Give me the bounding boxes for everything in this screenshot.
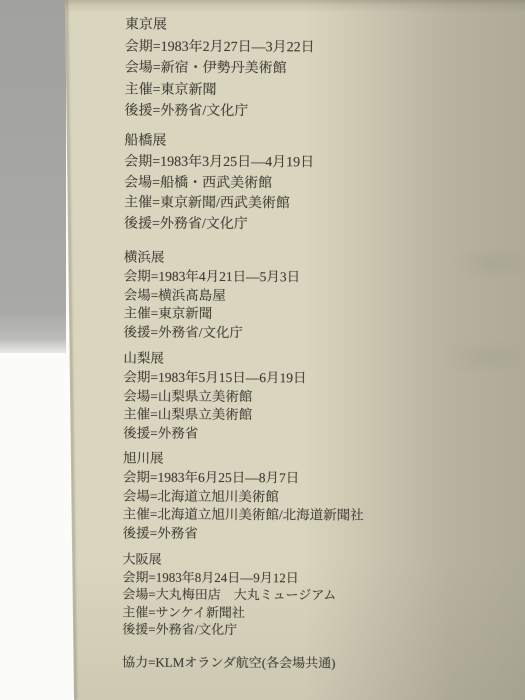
exhibition-period: 会期=1983年4月21日—5月3日 (124, 267, 300, 287)
exhibition-period: 会期=1983年2月27日—3月22日 (125, 36, 315, 58)
exhibition-title: 東京展 (125, 15, 315, 37)
exhibition-organizer: 主催=東京新聞 (124, 305, 300, 325)
exhibition-period: 会期=1983年5月15日—6月19日 (123, 368, 306, 388)
exhibition-title: 旭川展 (123, 450, 364, 470)
exhibition-section-tokyo: 東京展 会期=1983年2月27日—3月22日 会場=新宿・伊勢丹美術館 主催=… (124, 15, 314, 123)
exhibition-venue: 会場=新宿・伊勢丹美術館 (125, 58, 315, 80)
exhibition-section-asahikawa: 旭川展 会期=1983年6月25日—8月7日 会場=北海道立旭川美術館 主催=北… (123, 450, 364, 545)
exhibition-support: 後援=外務省/文化庁 (122, 621, 336, 639)
cooperation-credit: 協力=KLMオランダ航空(各会場共通) (122, 652, 335, 672)
exhibition-section-funabashi: 船橋展 会期=1983年3月25日—4月19日 会場=船橋・西武美術館 主催=東… (124, 132, 314, 237)
exhibition-organizer: 主催=サンケイ新聞社 (122, 603, 336, 621)
book-photo: 東京展 会期=1983年2月27日—3月22日 会場=新宿・伊勢丹美術館 主催=… (0, 0, 525, 700)
exhibition-section-yokohama: 横浜展 会期=1983年4月21日—5月3日 会場=横浜髙島屋 主催=東京新聞 … (124, 249, 301, 344)
exhibition-venue: 会場=北海道立旭川美術館 (123, 487, 364, 507)
exhibition-title: 船橋展 (124, 132, 314, 154)
exhibition-venue: 会場=大丸梅田店 大丸ミュージアム (122, 586, 336, 604)
exhibition-organizer: 主催=東京新聞 (125, 79, 315, 101)
exhibition-support: 後援=外務省/文化庁 (124, 215, 314, 237)
exhibition-support: 後援=外務省/文化庁 (124, 101, 314, 123)
exhibition-list: 東京展 会期=1983年2月27日—3月22日 会場=新宿・伊勢丹美術館 主催=… (0, 0, 525, 700)
exhibition-period: 会期=1983年8月24日—9月12日 (122, 568, 336, 586)
exhibition-section-yamanashi: 山梨展 会期=1983年5月15日—6月19日 会場=山梨県立美術館 主催=山梨… (123, 350, 307, 445)
exhibition-title: 大阪展 (123, 551, 337, 569)
exhibition-support: 後援=外務省 (123, 425, 306, 445)
exhibition-support: 後援=外務省/文化庁 (124, 324, 300, 344)
exhibition-period: 会期=1983年6月25日—8月7日 (123, 468, 364, 488)
exhibition-venue: 会場=横浜髙島屋 (124, 286, 300, 306)
exhibition-organizer: 主催=山梨県立美術館 (123, 406, 306, 426)
exhibition-venue: 会場=山梨県立美術館 (123, 387, 306, 407)
exhibition-title: 山梨展 (123, 350, 306, 370)
exhibition-section-osaka: 大阪展 会期=1983年8月24日—9月12日 会場=大丸梅田店 大丸ミュージア… (122, 551, 336, 639)
exhibition-organizer: 主催=東京新聞/西武美術館 (124, 194, 314, 216)
exhibition-period: 会期=1983年3月25日—4月19日 (124, 152, 314, 174)
exhibition-support: 後援=外務省 (123, 525, 364, 545)
exhibition-title: 横浜展 (124, 249, 300, 269)
exhibition-organizer: 主催=北海道立旭川美術館/北海道新聞社 (123, 506, 364, 526)
exhibition-venue: 会場=船橋・西武美術館 (124, 173, 314, 195)
